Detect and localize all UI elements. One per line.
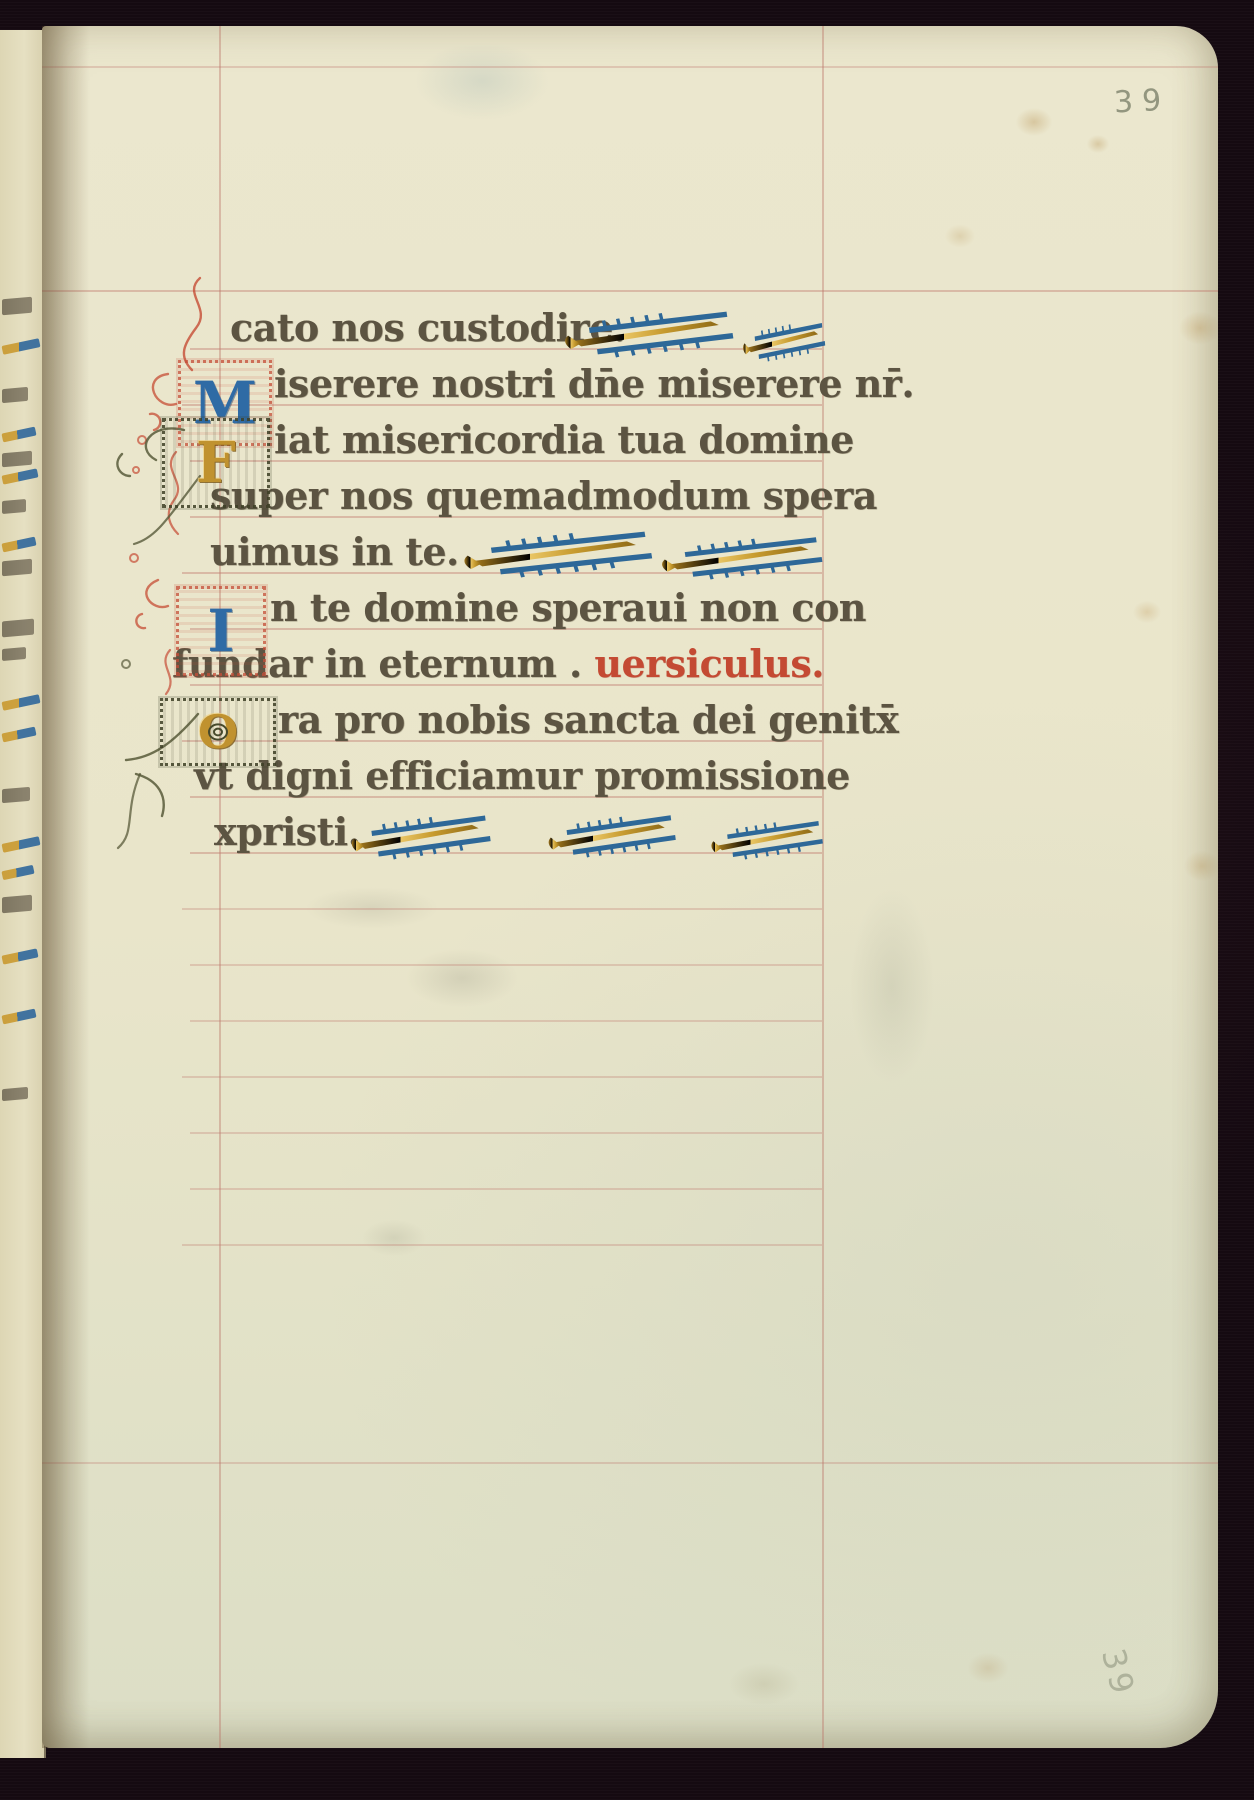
line-filler — [547, 812, 677, 858]
rubric-versiculus: uersiculus. — [594, 641, 824, 686]
ruled-line — [182, 908, 822, 910]
showthrough-text-fragment — [2, 619, 34, 638]
showthrough-text-fragment — [2, 787, 30, 803]
showthrough-text-fragment — [2, 895, 32, 914]
text-line: iserere nostri dn̄e miserere nr̄. — [274, 358, 914, 414]
initial-letter: I — [207, 597, 234, 665]
showthrough-text-fragment — [2, 451, 32, 468]
spiral-ornament — [201, 718, 235, 746]
illuminated-initial-O: O — [160, 698, 276, 766]
folio-number-top: 39 — [1113, 83, 1171, 121]
showthrough-filler-fragment — [1, 865, 34, 880]
ruled-line — [190, 1132, 822, 1134]
ruled-line — [190, 1020, 822, 1022]
illuminated-initial-I: I — [176, 586, 266, 676]
showthrough-filler-fragment — [1, 468, 38, 484]
showthrough-filler-fragment — [1, 948, 38, 964]
ruled-line — [190, 1188, 822, 1190]
text-line: iat misericordia tua domine — [274, 414, 854, 470]
showthrough-filler-fragment — [1, 537, 36, 553]
illuminated-initial-F: F — [162, 418, 270, 508]
text-line: uimus in te. — [210, 526, 459, 582]
folio-number-bottom: 39 — [1094, 1645, 1143, 1701]
showthrough-text-fragment — [2, 647, 26, 661]
facing-page-edge — [0, 30, 46, 1758]
ruled-line — [182, 1076, 822, 1078]
ruled-line — [190, 964, 822, 966]
text-line: ra pro nobis sancta dei genitx̄ — [278, 694, 898, 750]
ruling-left-bounding-line — [219, 26, 221, 1748]
showthrough-text-fragment — [2, 297, 32, 316]
showthrough-text-fragment — [2, 387, 28, 403]
text-line: xpristi. — [214, 806, 360, 862]
ruled-line — [182, 1244, 822, 1246]
showthrough-filler-fragment — [1, 694, 40, 711]
showthrough-filler-fragment — [1, 1009, 36, 1025]
text-line: n te domine speraui non con — [270, 582, 866, 638]
showthrough-filler-fragment — [1, 427, 36, 443]
line-filler — [462, 528, 654, 578]
line-filler — [660, 534, 824, 580]
manuscript-page: 39 39 M F I O — [42, 26, 1218, 1748]
showthrough-filler-fragment — [1, 836, 40, 853]
showthrough-text-fragment — [2, 559, 32, 577]
manuscript-photo: { "page": { "folio_top": "39", "folio_bo… — [0, 0, 1254, 1800]
initial-letter: F — [196, 430, 236, 496]
text-line: super nos quemadmodum spera — [210, 470, 877, 526]
line-filler — [710, 818, 824, 860]
ruling-right-bounding-line — [822, 26, 824, 1748]
showthrough-filler-fragment — [1, 727, 36, 743]
line-filler — [742, 320, 826, 362]
text-line: vt digni efficiamur promissione — [194, 750, 850, 806]
showthrough-filler-fragment — [1, 338, 40, 355]
showthrough-text-fragment — [2, 1087, 28, 1101]
text-line: fundar in eternum . uersiculus. — [172, 638, 824, 694]
line-filler — [563, 308, 735, 358]
line-filler — [350, 812, 492, 860]
showthrough-text-fragment — [2, 499, 26, 514]
